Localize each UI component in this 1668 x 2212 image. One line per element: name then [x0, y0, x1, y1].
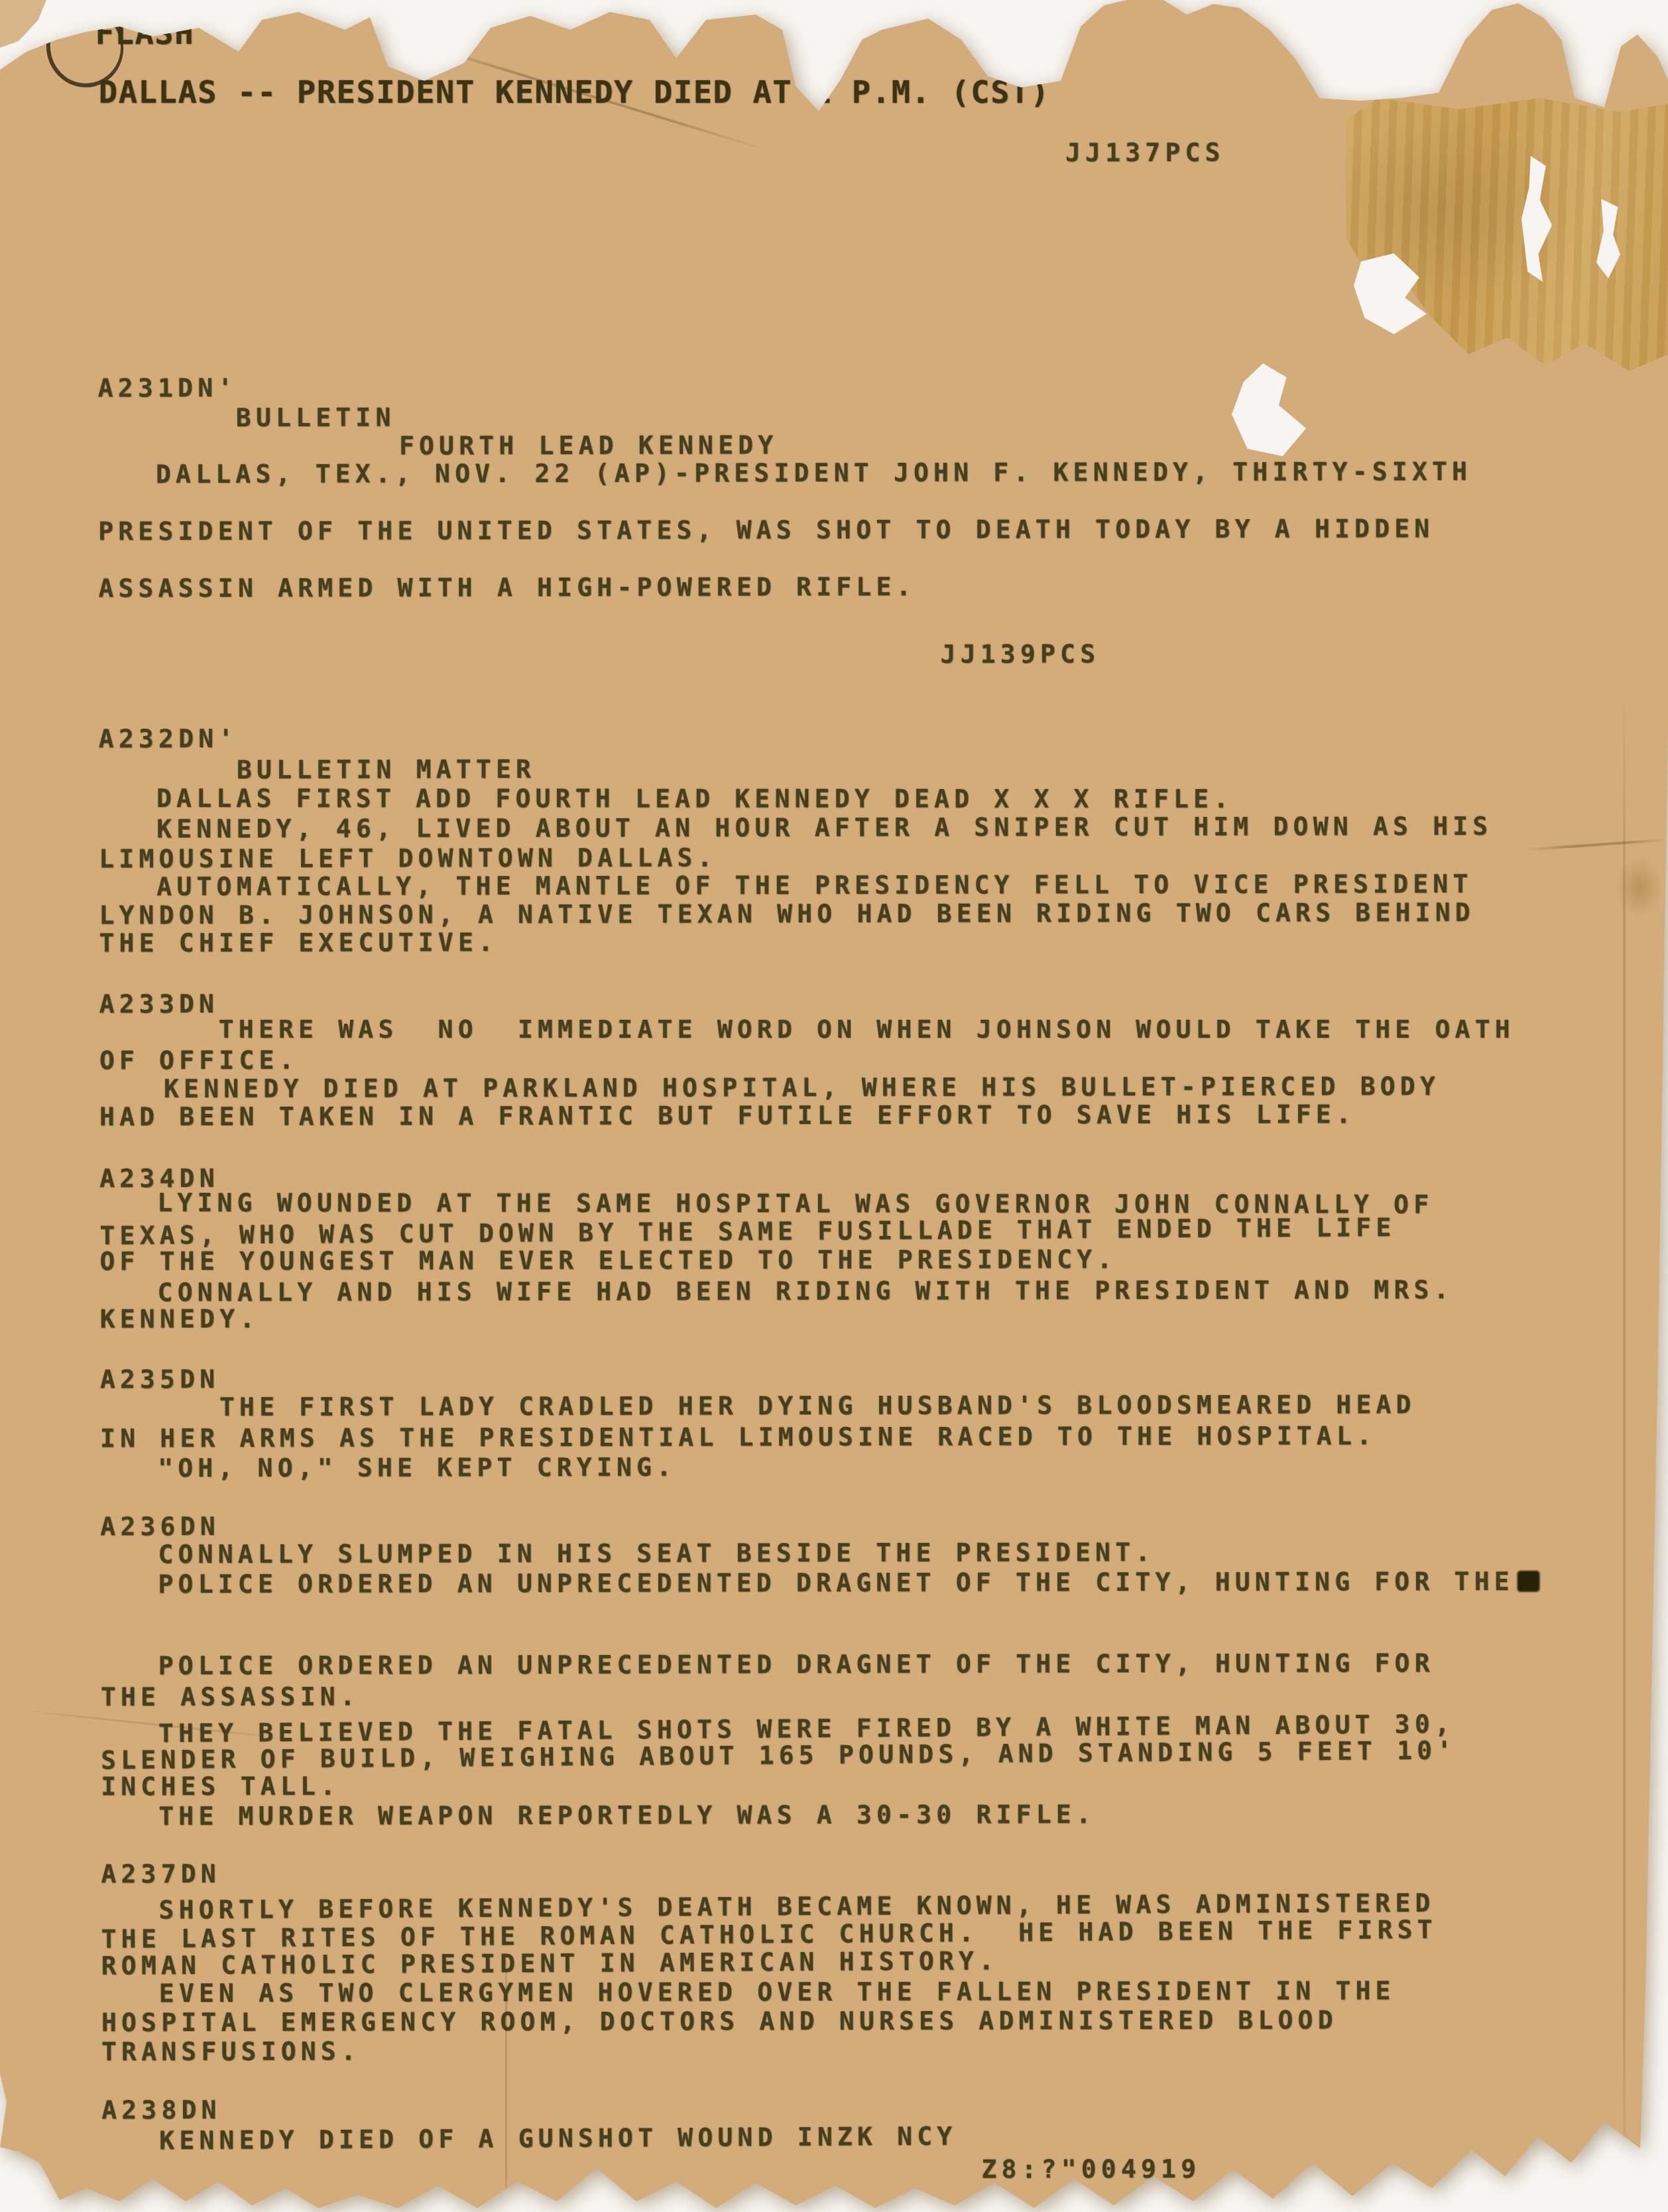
wire-line: ROMAN CATHOLIC PRESIDENT IN AMERICAN HIS…	[101, 1948, 999, 1979]
wire-line-overstruck: POLICE ORDERED AN UNPRECEDENTED DRAGNET …	[158, 1569, 1539, 1598]
wire-line: OF THE YOUNGEST MAN EVER ELECTED TO THE …	[99, 1247, 1116, 1275]
wire-id-mid: JJ139PCS	[941, 641, 1101, 668]
wire-line: TEXAS, WHO WAS CUT DOWN BY THE SAME FUSI…	[99, 1215, 1396, 1250]
wire-line: POLICE ORDERED AN UNPRECEDENTED DRAGNET …	[158, 1650, 1435, 1680]
take-id-a231: A231DN'	[98, 375, 238, 402]
overstrike-blob	[1518, 1571, 1540, 1592]
take-id-a233: A233DN	[99, 991, 219, 1018]
take-id-a237: A237DN	[101, 1861, 221, 1888]
wire-id-top: JJ137PCS	[1065, 140, 1225, 166]
bulletin-matter-label: BULLETIN MATTER	[237, 757, 536, 784]
wire-line: TRANSFUSIONS.	[101, 2038, 361, 2065]
wire-line: KENNEDY.	[100, 1306, 260, 1333]
take-id-a236: A236DN	[100, 1514, 220, 1540]
wire-line: HOSPITAL EMERGENCY ROOM, DOCTORS AND NUR…	[101, 2007, 1338, 2036]
wire-line: KENNEDY DIED AT PARKLAND HOSPITAL, WHERE…	[164, 1074, 1440, 1103]
slug-line: FOURTH LEAD KENNEDY	[399, 432, 778, 460]
wire-line: THE ASSASSIN.	[101, 1684, 360, 1711]
wire-line: LYNDON B. JOHNSON, A NATIVE TEXAN WHO HA…	[99, 900, 1474, 929]
wire-line: LIMOUSINE LEFT DOWNTOWN DALLAS.	[99, 845, 717, 873]
wire-line: CONNALLY SLUMPED IN HIS SEAT BESIDE THE …	[158, 1540, 1155, 1568]
wire-line: "OH, NO," SHE KEPT CRYING.	[158, 1454, 676, 1482]
flash-label: FLASH	[95, 17, 195, 50]
wire-line: INCHES TALL.	[101, 1774, 340, 1801]
wire-line: THE FIRST LADY CRADLED HER DYING HUSBAND…	[219, 1392, 1416, 1421]
take-id-a238: A238DN	[101, 2097, 221, 2124]
wire-line: PRESIDENT OF THE UNITED STATES, WAS SHOT…	[98, 516, 1434, 545]
wire-line: KENNEDY DIED OF A GUNSHOT WOUND INZK NCY	[159, 2124, 957, 2155]
wire-line: DALLAS, TEX., NOV. 22 (AP)-PRESIDENT JOH…	[156, 459, 1472, 488]
wire-line: KENNEDY, 46, LIVED ABOUT AN HOUR AFTER A…	[156, 814, 1492, 843]
typed-text-layer: FLASH DALLAS -- PRESIDENT KENNEDY DIED A…	[0, 0, 1668, 2212]
wire-line: ASSASSIN ARMED WITH A HIGH-POWERED RIFLE…	[98, 574, 916, 602]
headline: DALLAS -- PRESIDENT KENNEDY DIED AT 1 P.…	[99, 76, 1050, 109]
footer-code: Z8:?"004919	[981, 2156, 1201, 2183]
wire-line: AUTOMATICALLY, THE MANTLE OF THE PRESIDE…	[156, 871, 1472, 900]
wire-line: THE MURDER WEAPON REPORTEDLY WAS A 30-30…	[158, 1802, 1096, 1830]
wire-line: OF OFFICE.	[99, 1048, 299, 1075]
wire-line: DALLAS FIRST ADD FOURTH LEAD KENNEDY DEA…	[156, 786, 1233, 813]
wire-line: THERE WAS NO IMMEDIATE WORD ON WHEN JOHN…	[219, 1016, 1515, 1044]
take-id-a232: A232DN'	[99, 726, 239, 753]
scanner-background: FLASH DALLAS -- PRESIDENT KENNEDY DIED A…	[0, 0, 1668, 2212]
bulletin-label: BULLETIN	[236, 404, 396, 431]
teletype-page: FLASH DALLAS -- PRESIDENT KENNEDY DIED A…	[0, 0, 1668, 2212]
take-id-a235: A235DN	[100, 1367, 220, 1393]
wire-line: EVEN AS TWO CLERGYMEN HOVERED OVER THE F…	[159, 1978, 1396, 2007]
wire-line: HAD BEEN TAKEN IN A FRANTIC BUT FUTILE E…	[99, 1101, 1356, 1131]
wire-line: THE CHIEF EXECUTIVE.	[99, 930, 498, 957]
wire-line: CONNALLY AND HIS WIFE HAD BEEN RIDING WI…	[158, 1277, 1454, 1306]
wire-line: IN HER ARMS AS THE PRESIDENTIAL LIMOUSIN…	[100, 1423, 1376, 1452]
